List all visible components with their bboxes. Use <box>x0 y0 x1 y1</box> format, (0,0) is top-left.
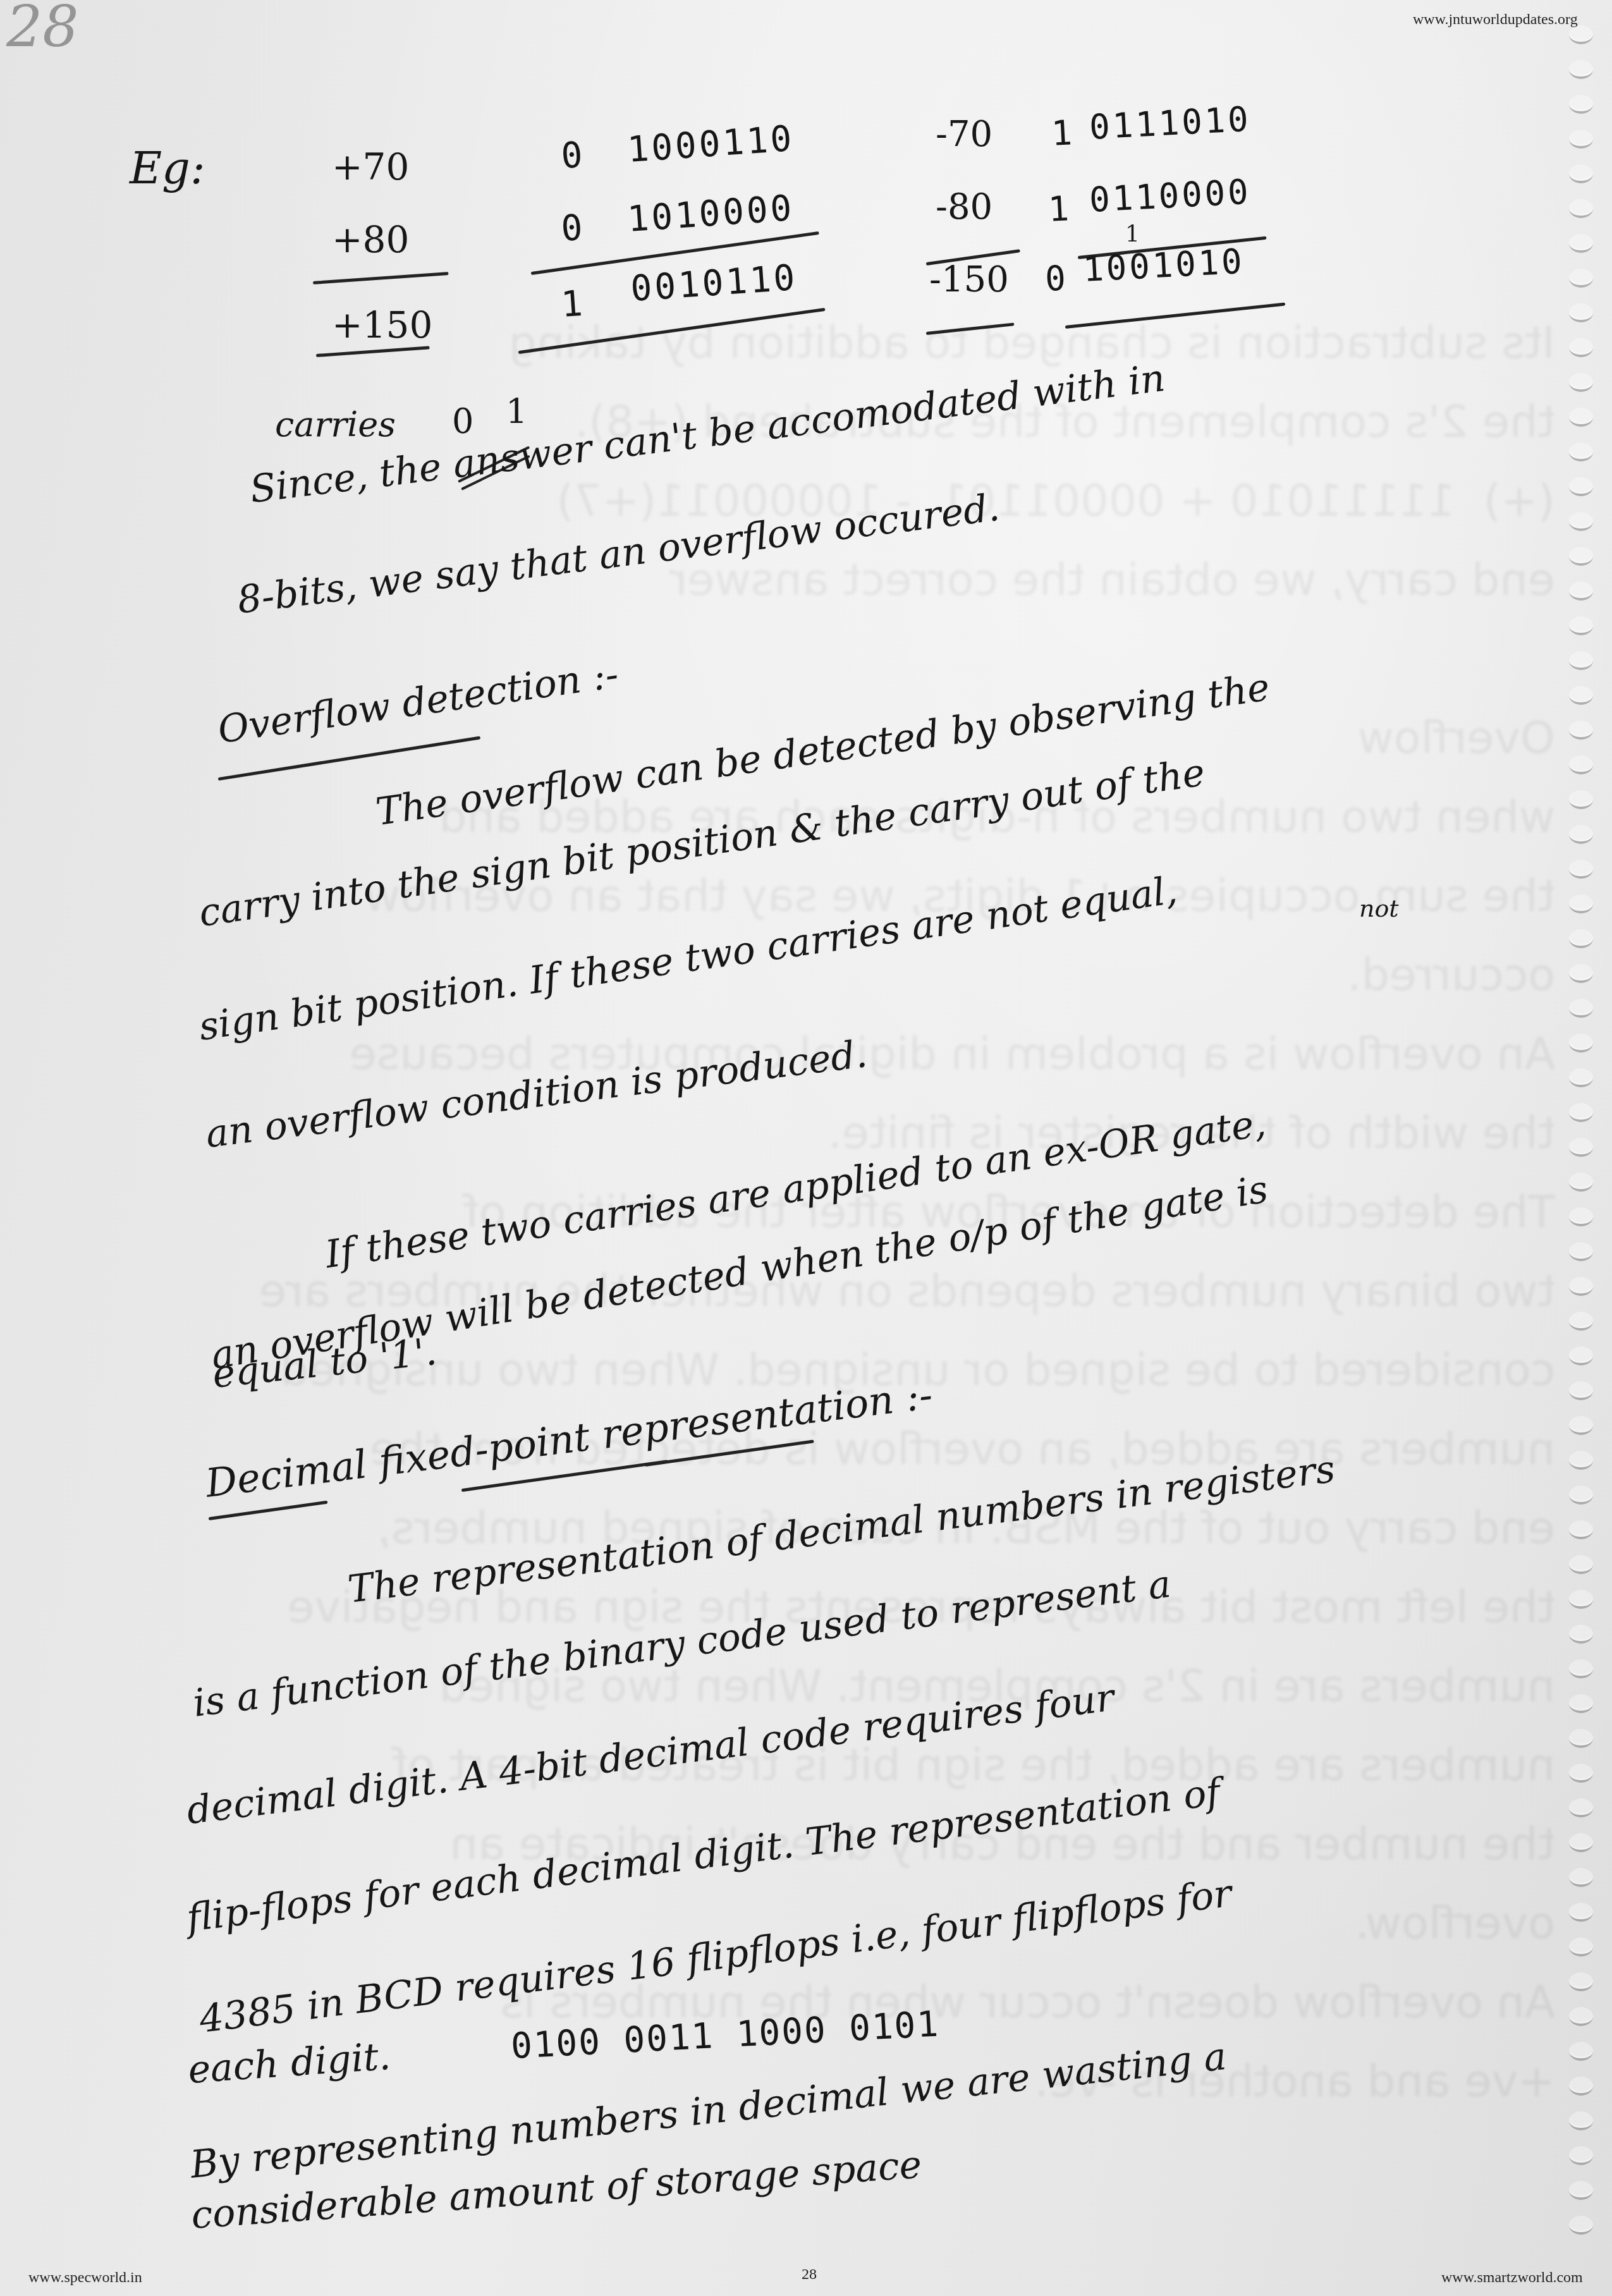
binding-hole <box>1569 1451 1593 1470</box>
binding-hole <box>1569 582 1593 601</box>
magnitude-bits: 0010110 <box>629 257 798 310</box>
sign-bit: 1 <box>559 283 586 326</box>
magnitude-bits: 0110000 <box>1089 172 1252 220</box>
binding-hole <box>1569 1486 1593 1505</box>
binding-hole <box>1569 790 1593 809</box>
binding-hole <box>1569 1972 1593 1991</box>
binding-hole <box>1569 651 1593 670</box>
decimal-value: +80 <box>332 218 409 261</box>
text-line: each digit. <box>186 2034 392 2092</box>
carry-mark: 1 <box>1125 221 1140 247</box>
binding-hole <box>1569 1868 1593 1887</box>
binding-hole <box>1569 860 1593 879</box>
sign-bit: 0 <box>1044 258 1070 299</box>
underline <box>316 346 430 357</box>
binding-hole <box>1569 269 1593 288</box>
binding-hole <box>1569 1207 1593 1226</box>
binding-hole <box>1569 721 1593 740</box>
binding-hole <box>1569 1138 1593 1157</box>
binding-hole <box>1569 999 1593 1018</box>
binding-hole <box>1569 686 1593 705</box>
underline <box>926 322 1015 335</box>
binding-hole <box>1569 1659 1593 1678</box>
binding-hole <box>1569 303 1593 322</box>
binding-hole <box>1569 2042 1593 2061</box>
binding-hole <box>1569 408 1593 427</box>
magnitude-bits: 1000110 <box>626 118 795 171</box>
binding-hole <box>1569 1381 1593 1400</box>
binding-hole <box>1569 1729 1593 1748</box>
binding-hole <box>1569 616 1593 635</box>
underline <box>313 272 449 284</box>
watermark-top-right: www.jntuworldupdates.org <box>1413 11 1578 28</box>
section-heading: Overflow detection :- <box>215 652 621 752</box>
carry-value: 0 <box>452 401 473 441</box>
sign-bit: 1 <box>1047 188 1073 229</box>
binding-hole <box>1569 1694 1593 1713</box>
decimal-value: +70 <box>332 145 409 188</box>
page-number: 28 <box>752 2266 866 2283</box>
decimal-value: +150 <box>332 303 432 346</box>
scanned-page: Its subtraction is changed to addition b… <box>0 0 1612 2296</box>
section-heading: Decimal fixed-point representation :- <box>203 1371 935 1506</box>
text-line: an overflow condition is produced. <box>203 1032 869 1157</box>
sign-bit: 0 <box>559 207 586 250</box>
sign-bit: 0 <box>559 135 586 177</box>
binding-hole <box>1569 1798 1593 1817</box>
binding-hole <box>1569 1833 1593 1852</box>
binding-hole <box>1569 1416 1593 1435</box>
binding-hole <box>1569 1903 1593 1922</box>
binding-hole <box>1569 443 1593 461</box>
binding-hole <box>1569 1173 1593 1192</box>
binding-hole <box>1569 825 1593 844</box>
binding-hole <box>1569 338 1593 357</box>
binding-hole <box>1569 1625 1593 1644</box>
binding-hole <box>1569 895 1593 913</box>
binding-hole <box>1569 1346 1593 1365</box>
carries-label: carries <box>275 405 396 444</box>
binding-hole <box>1569 1242 1593 1261</box>
decimal-value: -70 <box>936 114 992 155</box>
binding-hole <box>1569 2216 1593 2235</box>
page-corner-mark: 28 <box>6 0 79 60</box>
binding-hole <box>1569 1555 1593 1574</box>
watermark-bottom-left: www.specworld.in <box>28 2269 142 2287</box>
binding-hole <box>1569 95 1593 114</box>
binding-hole <box>1569 25 1593 44</box>
magnitude-bits: 0111010 <box>1089 99 1252 147</box>
binding-hole <box>1569 964 1593 983</box>
bcd-example: 0100 0011 1000 0101 <box>510 2004 941 2067</box>
binding-hole <box>1569 1277 1593 1296</box>
binding-hole <box>1569 199 1593 218</box>
watermark-bottom-right: www.smartzworld.com <box>1441 2269 1583 2287</box>
binding-hole <box>1569 1590 1593 1609</box>
binding-hole <box>1569 1312 1593 1331</box>
magnitude-bits: 1010000 <box>626 188 795 240</box>
binding-hole <box>1569 130 1593 149</box>
binding-hole <box>1569 477 1593 496</box>
binding-hole <box>1569 373 1593 392</box>
binding-hole <box>1569 755 1593 774</box>
sign-bit: 1 <box>1051 113 1076 154</box>
carry-value: 1 <box>506 392 527 432</box>
binding-hole <box>1569 547 1593 566</box>
binding-hole <box>1569 2111 1593 2130</box>
text-line: 8-bits, we say that an overflow occured. <box>235 485 1002 623</box>
binding-hole <box>1569 234 1593 253</box>
decimal-value: -80 <box>936 186 992 228</box>
binding-hole <box>1569 1103 1593 1122</box>
binding-hole <box>1569 512 1593 531</box>
binding-hole <box>1569 60 1593 79</box>
binding-hole <box>1569 164 1593 183</box>
underline <box>1065 302 1286 329</box>
binding-holes <box>1563 25 1601 2276</box>
binding-hole <box>1569 929 1593 948</box>
binding-hole <box>1569 1034 1593 1053</box>
text-line: The representation of decimal numbers in… <box>345 1447 1337 1612</box>
decimal-value: -150 <box>929 259 1009 300</box>
binding-hole <box>1569 1068 1593 1087</box>
binding-hole <box>1569 1520 1593 1539</box>
binding-hole <box>1569 2181 1593 2200</box>
binding-hole <box>1569 1938 1593 1957</box>
insertion-note: not <box>1359 895 1399 922</box>
binding-hole <box>1569 2146 1593 2165</box>
magnitude-bits: 1001010 <box>1082 241 1246 290</box>
binding-hole <box>1569 1764 1593 1783</box>
binding-hole <box>1569 2077 1593 2096</box>
binding-hole <box>1569 2007 1593 2026</box>
example-label: Eg: <box>130 142 205 194</box>
